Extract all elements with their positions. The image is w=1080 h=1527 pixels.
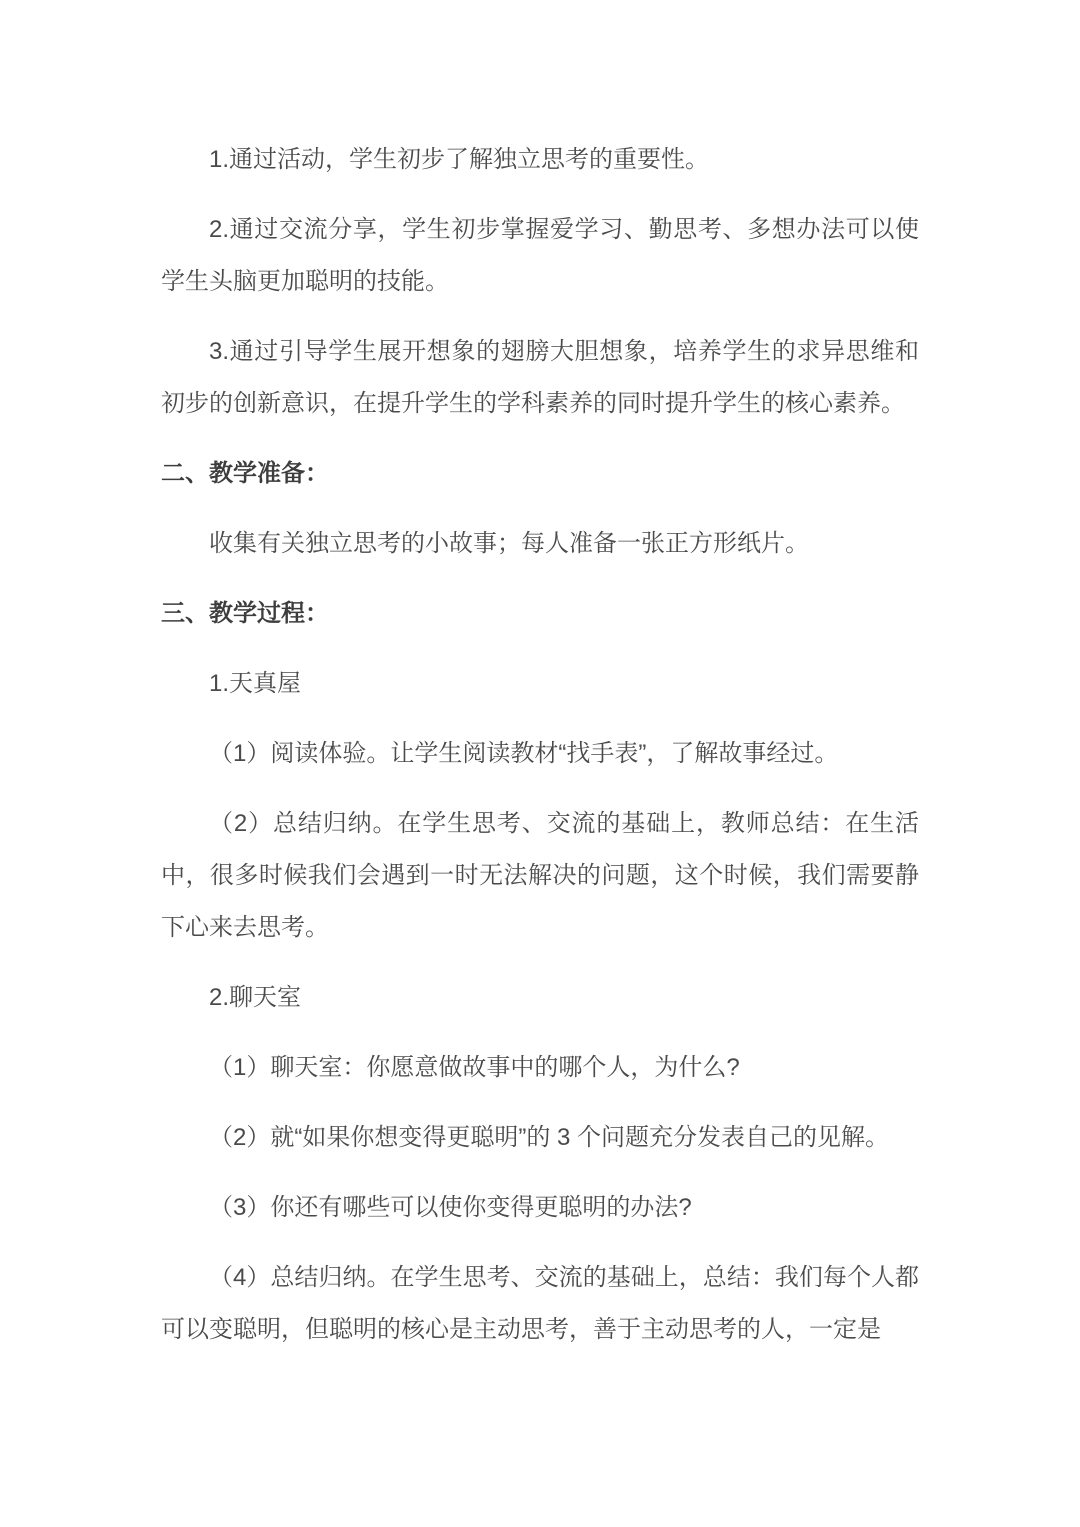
paragraph-activity-1-title: 1.天真屋: [161, 658, 919, 710]
paragraph-activity-2-step-3: （3）你还有哪些可以使你变得更聪明的办法?: [161, 1182, 919, 1234]
paragraph-activity-1-step-1: （1）阅读体验。让学生阅读教材“找手表”，了解故事经过。: [161, 728, 919, 780]
document-page: 1.通过活动，学生初步了解独立思考的重要性。 2.通过交流分享，学生初步掌握爱学…: [0, 0, 1080, 1527]
paragraph-activity-1-step-2: （2）总结归纳。在学生思考、交流的基础上，教师总结：在生活中，很多时候我们会遇到…: [161, 798, 919, 954]
paragraph-objective-3: 3.通过引导学生展开想象的翅膀大胆想象，培养学生的求异思维和初步的创新意识，在提…: [161, 326, 919, 430]
paragraph-activity-2-title: 2.聊天室: [161, 972, 919, 1024]
paragraph-objective-1: 1.通过活动，学生初步了解独立思考的重要性。: [161, 134, 919, 186]
paragraph-objective-2: 2.通过交流分享，学生初步掌握爱学习、勤思考、多想办法可以使学生头脑更加聪明的技…: [161, 204, 919, 308]
paragraph-preparation: 收集有关独立思考的小故事；每人准备一张正方形纸片。: [161, 518, 919, 570]
paragraph-activity-2-step-2: （2）就“如果你想变得更聪明”的 3 个问题充分发表自己的见解。: [161, 1112, 919, 1164]
heading-teaching-preparation: 二、教学准备：: [161, 448, 919, 500]
paragraph-activity-2-step-4: （4）总结归纳。在学生思考、交流的基础上，总结：我们每个人都可以变聪明，但聪明的…: [161, 1252, 919, 1356]
paragraph-activity-2-step-1: （1）聊天室：你愿意做故事中的哪个人，为什么?: [161, 1042, 919, 1094]
heading-teaching-process: 三、教学过程：: [161, 588, 919, 640]
